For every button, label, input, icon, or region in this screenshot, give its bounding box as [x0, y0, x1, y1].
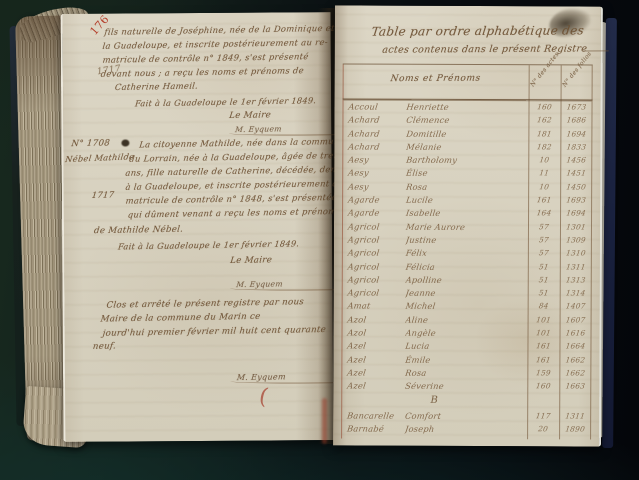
row-folio-number: 1694 [560, 129, 593, 138]
table-row: AgricolFélicia511311 [341, 259, 593, 273]
row-surname: Azel [341, 367, 406, 377]
right-page: Table par ordre alphabétique des actes c… [333, 5, 603, 446]
row-folio-number: 1314 [559, 289, 592, 298]
act-line: La citoyenne Mathilde, née dans la commu… [139, 136, 346, 150]
row-act-number: 57 [527, 235, 560, 244]
index-title-line1: Table par ordre alphabétique des [362, 23, 594, 38]
act-line: fils naturelle de Joséphine, née de la D… [104, 23, 335, 37]
act-dateline: Fait à la Guadeloupe le 1er février 1849… [134, 95, 316, 108]
row-givenname: Élise [406, 168, 529, 179]
table-row: AgricolMarie Aurore571301 [341, 219, 593, 233]
column-header-folio-number: N° des folios [561, 50, 593, 88]
row-folio-number: 1451 [560, 169, 593, 178]
row-act-number: 161 [527, 355, 560, 364]
act-line: devant nous ; a reçu les noms et prénoms… [100, 65, 304, 79]
row-givenname: Lucile [405, 194, 528, 205]
closing-line: jourd'hui premier février mil huit cent … [102, 325, 326, 339]
table-row: BancarelleComfort1171311 [340, 408, 592, 422]
table-row: AgricolApolline511313 [341, 272, 593, 286]
scanned-register-spread: 176 1717 fils naturelle de Joséphine, né… [0, 0, 639, 480]
row-act-number: 101 [527, 315, 560, 324]
row-surname: Agricol [341, 287, 406, 297]
row-givenname: Rosa [405, 367, 528, 378]
row-surname: Achard [342, 141, 407, 151]
row-folio-number: 1686 [560, 116, 593, 125]
row-folio-number: 1694 [559, 209, 592, 218]
row-givenname: Justine [405, 234, 528, 245]
row-surname: Agricol [341, 221, 406, 231]
row-givenname: Jeanne [405, 288, 528, 299]
row-act-number: 51 [527, 262, 560, 271]
row-givenname: Rosa [406, 181, 529, 192]
row-givenname: Joseph [404, 423, 527, 434]
row-folio-number: 1607 [559, 315, 592, 324]
table-row: AzelÉmile1611662 [341, 352, 593, 366]
row-act-number: 10 [528, 156, 561, 165]
row-givenname: Angèle [405, 327, 528, 338]
row-act-number: 159 [527, 368, 560, 377]
row-givenname: Aline [405, 314, 528, 325]
table-row: AchardDomitille1811694 [342, 126, 594, 140]
table-row: AgricolFélix571310 [341, 246, 593, 260]
row-givenname: Marie Aurore [405, 221, 528, 232]
row-act-number: 160 [527, 382, 560, 391]
row-folio-number: 1450 [560, 182, 593, 191]
row-surname: Achard [342, 128, 407, 138]
closing-line: neuf. [92, 341, 116, 351]
table-row: AzelRosa1591662 [341, 365, 593, 379]
row-folio-number: 1664 [559, 342, 592, 351]
row-act-number: 57 [527, 222, 560, 231]
table-row: AmatMichel841407 [341, 299, 593, 313]
left-page: 176 1717 fils naturelle de Joséphine, né… [61, 12, 334, 442]
table-row: AgardeIsabelle1641694 [341, 206, 593, 220]
row-surname: Agarde [341, 207, 406, 217]
column-header-act-number: N° des actes [529, 51, 561, 88]
row-surname: Amat [341, 301, 406, 311]
table-row: AchardMélanie1821833 [342, 139, 594, 153]
row-surname: Aesy [342, 181, 407, 191]
row-surname: Azel [341, 380, 406, 390]
row-folio-number: 1833 [560, 142, 593, 151]
table-row: AzelLucia1611664 [341, 339, 593, 353]
row-act-number: 51 [527, 289, 560, 298]
signer-title: Le Maire [229, 110, 272, 121]
row-surname: Azel [341, 354, 406, 364]
row-folio-number: 1310 [559, 249, 592, 258]
row-folio-number: 1407 [559, 302, 592, 311]
closing-line: Clos et arrêté le présent registre par n… [106, 297, 305, 310]
row-givenname: Comfort [405, 410, 528, 421]
row-givenname: Henriette [406, 101, 529, 112]
row-folio-number: 1309 [559, 236, 592, 245]
row-givenname: Félix [405, 248, 528, 259]
row-givenname: Clémence [406, 115, 529, 126]
row-givenname: Séverine [405, 381, 528, 392]
row-surname: Bancarelle [341, 410, 406, 420]
row-givenname: Michel [405, 301, 528, 312]
row-act-number: 162 [528, 116, 561, 125]
row-surname: Agricol [341, 274, 406, 284]
margin-year: 1717 [91, 189, 115, 199]
row-surname: Agricol [341, 261, 406, 271]
row-act-number: 161 [527, 342, 560, 351]
row-givenname: Domitille [406, 128, 529, 139]
row-surname: Barnabé [340, 423, 405, 433]
row-folio-number: 1662 [559, 355, 592, 364]
act-line: matricule de contrôle n° 1848, s'est pré… [125, 192, 337, 206]
row-givenname: Bartholomy [406, 155, 529, 166]
row-surname: Agricol [341, 234, 406, 244]
row-act-number: 160 [528, 102, 561, 111]
row-folio-number: 1663 [559, 382, 592, 391]
red-ink-mark: ( [257, 384, 270, 410]
row-act-number: 57 [527, 249, 560, 258]
row-folio-number: 1311 [559, 262, 592, 271]
row-folio-number: 1313 [559, 275, 592, 284]
row-act-number: 164 [527, 209, 560, 218]
row-folio-number: 1301 [559, 222, 592, 231]
row-givenname: Isabelle [405, 208, 528, 219]
alphabetical-index-table: Noms et Prénoms N° des actes N° des foli… [341, 63, 593, 439]
row-givenname: Apolline [405, 274, 528, 285]
row-folio-number: 1890 [559, 424, 592, 433]
row-folio-number: 1616 [559, 329, 592, 338]
row-givenname: Mélanie [406, 141, 529, 152]
table-row: AesyRosa101450 [341, 179, 593, 193]
act-dateline: Fait à la Guadeloupe le 1er février 1849… [117, 238, 299, 251]
act-line: ans, fille naturelle de Catherine, décéd… [125, 164, 354, 178]
table-row: AchardClémence1621686 [342, 113, 594, 127]
table-row: AesyÉlise111451 [341, 166, 593, 180]
row-act-number: 84 [527, 302, 560, 311]
row-surname: Agarde [341, 194, 406, 204]
red-ink-smudge [322, 398, 327, 444]
table-header: Noms et Prénoms N° des actes N° des foli… [343, 64, 593, 100]
closing-line: Maire de la commune du Marin ce [100, 312, 261, 325]
row-surname: Aesy [342, 154, 407, 164]
row-givenname: Émile [405, 354, 528, 365]
row-surname: Aesy [342, 168, 407, 178]
table-row: BarnabéJoseph201890 [340, 421, 592, 435]
row-folio-number: 1673 [560, 103, 593, 112]
row-act-number: 161 [528, 195, 561, 204]
row-folio-number: 1662 [559, 368, 592, 377]
ink-blot [121, 139, 129, 146]
signer-title: Le Maire [230, 255, 273, 266]
row-surname: Azol [341, 314, 406, 324]
act-signed-mention: de Mathilde Nébel. [93, 225, 183, 237]
row-surname: Achard [342, 114, 407, 124]
row-givenname: Félicia [405, 261, 528, 272]
row-folio-number: 1456 [560, 156, 593, 165]
act-line: matricule de contrôle n° 1849, s'est pré… [102, 51, 309, 65]
table-row: AzolAline1011607 [341, 312, 593, 326]
row-act-number: 10 [528, 182, 561, 191]
row-folio-number: 1311 [559, 411, 592, 420]
row-act-number: 51 [527, 275, 560, 284]
section-letter: B [341, 392, 527, 409]
act-line: qui dûment venant a reçu les noms et pré… [127, 206, 341, 220]
margin-act-number: N° 1708 [71, 138, 111, 149]
row-act-number: 20 [527, 424, 560, 433]
row-folio-number: 1693 [560, 196, 593, 205]
book-cover-edge-right [602, 18, 617, 448]
row-surname: Azel [341, 340, 406, 350]
row-act-number: 181 [528, 129, 561, 138]
index-title-line2: actes contenus dans le présent Registre [374, 43, 596, 55]
row-surname: Accoul [342, 101, 407, 111]
table-row: AzelSéverine1601663 [340, 379, 592, 393]
row-givenname: Lucia [405, 341, 528, 352]
row-act-number: 182 [528, 142, 561, 151]
row-surname: Azol [341, 327, 406, 337]
index-table-body: AccoulHenriette1601673AchardClémence1621… [341, 99, 592, 435]
row-act-number: 101 [527, 328, 560, 337]
column-header-names: Noms et Prénoms [342, 73, 529, 84]
row-surname: Agricol [341, 247, 406, 257]
margin-name: Nébel Mathilde [65, 151, 135, 164]
row-act-number: 11 [528, 169, 561, 178]
row-act-number: 117 [527, 411, 560, 420]
act-line: la Guadeloupe, et inscrite postérieureme… [102, 37, 328, 51]
act-line: Catherine Hameil. [114, 81, 198, 92]
